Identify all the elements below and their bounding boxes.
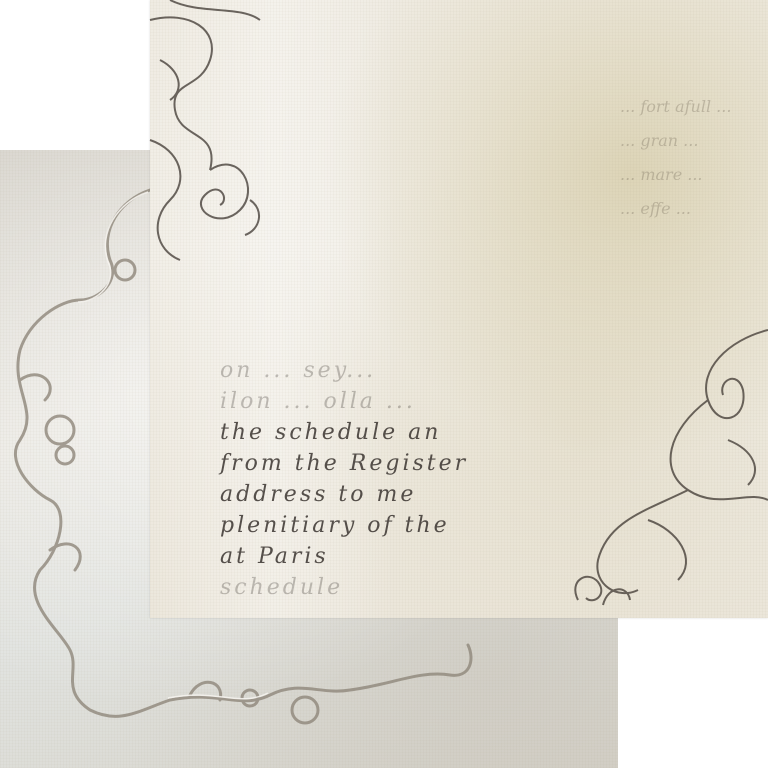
ghost-line: ... gran ... <box>620 124 731 158</box>
script-line: plenitiary of the <box>220 510 468 541</box>
ink-scroll-ornament-right-icon <box>548 320 768 620</box>
ghost-line: ... mare ... <box>620 158 731 192</box>
script-line: the schedule an <box>220 417 468 448</box>
ghost-line: ... fort afull ... <box>620 90 731 124</box>
ink-scroll-ornament-top-left-icon <box>150 0 290 320</box>
script-line: address to me <box>220 479 468 510</box>
script-line: from the Register <box>220 448 468 479</box>
script-line: ilon ... olla ... <box>220 386 468 417</box>
faded-handwriting: ... fort afull ... ... gran ... ... mare… <box>620 90 731 226</box>
handwritten-script: on ... sey... ilon ... olla ... the sche… <box>220 355 468 603</box>
ghost-line: ... effe ... <box>620 192 731 226</box>
script-line: on ... sey... <box>220 355 468 386</box>
script-line: schedule <box>220 572 468 603</box>
script-line: at Paris <box>220 541 468 572</box>
